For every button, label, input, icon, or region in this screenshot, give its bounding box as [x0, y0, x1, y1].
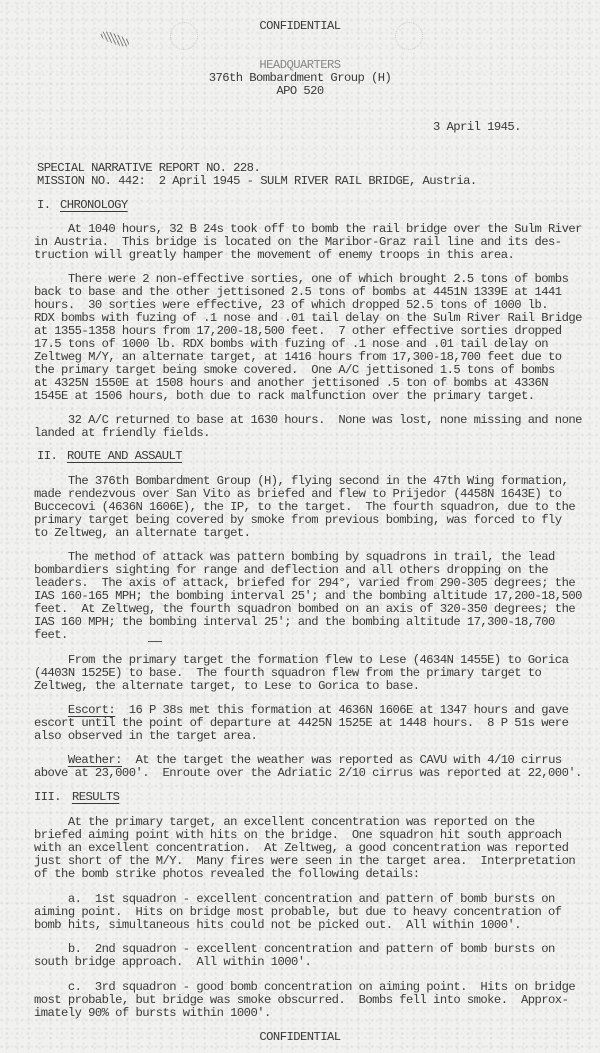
- paragraph-line: at 1355-1358 hours from 17,200-18,500 fe…: [34, 324, 562, 338]
- classification-top: CONFIDENTIAL: [0, 19, 600, 33]
- paragraph-line: aiming point. Hits on bridge most probab…: [34, 905, 562, 919]
- paragraph-line: Buccecovi (4636N 1606E), the IP, to the …: [34, 500, 575, 514]
- document-page: CONFIDENTIAL HEADQUARTERS 376th Bombardm…: [0, 0, 600, 1053]
- paragraph-line: bomb hits, simultaneous hits could not b…: [34, 918, 521, 932]
- paragraph-line: south bridge approach. All within 1000'.: [34, 955, 311, 969]
- paragraph-line: just short of the M/Y. Many fires were s…: [34, 854, 575, 868]
- paragraph-line: most probable, but bridge was smoke obsc…: [34, 993, 568, 1007]
- paragraph-line: back to base and the other jettisoned 2.…: [34, 285, 562, 299]
- paragraph-line: at 4325N 1550E at 1508 hours and another…: [34, 376, 548, 390]
- paragraph-line: 32 A/C returned to base at 1630 hours. N…: [34, 413, 582, 427]
- paragraph-line: feet. At Zeltweg, the fourth squadron bo…: [34, 602, 575, 616]
- paragraph-line: IAS 160 MPH; the bombing interval 25'; a…: [34, 615, 555, 629]
- escort-label: Escort:: [68, 703, 115, 717]
- paragraph-line: of the bomb strike photos revealed the f…: [34, 867, 420, 881]
- paragraph-line: Zeltweg, the alternate target, to Lese t…: [34, 679, 420, 693]
- paragraph-line: Zeltweg M/Y, an alternate target, at 141…: [34, 350, 562, 364]
- section-number: II.: [37, 449, 57, 463]
- escort-text: 16 P 38s met this formation at 4636N 160…: [115, 703, 568, 717]
- paragraph-line: imately 90% of bursts within 1000'.: [34, 1006, 271, 1020]
- paragraph-line: At 1040 hours, 32 B 24s took off to bomb…: [34, 222, 582, 236]
- paragraph-line: feet.: [34, 628, 68, 642]
- paragraph-line: bombardiers sighting for range and defle…: [34, 563, 548, 577]
- weather-text: At the target the weather was reported a…: [122, 753, 562, 767]
- weather-label: Weather:: [68, 753, 122, 767]
- paragraph-line: to Zeltweg, an alternate target.: [34, 526, 250, 540]
- paragraph-line: From the primary target the formation fl…: [34, 653, 568, 667]
- section-heading-chronology: CHRONOLOGY: [60, 198, 128, 212]
- org-apo: APO 520: [0, 84, 600, 98]
- weather-line: Weather: At the target the weather was r…: [34, 753, 562, 767]
- paragraph-line: RDX bombs with fuzing of .1 nose and .01…: [34, 311, 582, 325]
- paragraph-line: c. 3rd squadron - good bomb concentratio…: [34, 980, 575, 994]
- section-number: III.: [34, 790, 61, 804]
- section-number: I.: [37, 198, 51, 212]
- section-heading-route: ROUTE AND ASSAULT: [67, 449, 182, 463]
- org-headquarters: HEADQUARTERS: [0, 58, 600, 72]
- report-title: SPECIAL NARRATIVE REPORT NO. 228.: [37, 161, 260, 175]
- paragraph-line: escort until the point of departure at 4…: [34, 716, 568, 730]
- org-group: 376th Bombardment Group (H): [0, 71, 600, 85]
- paragraph-line: The 376th Bombardment Group (H), flying …: [34, 474, 568, 488]
- paragraph-line: made rendezvous over San Vito as briefed…: [34, 487, 562, 501]
- paragraph-line: 17.5 tons of 1000 lb. RDX bombs with fuz…: [34, 337, 548, 351]
- paragraph-line: hours. 30 sorties were effective, 23 of …: [34, 298, 548, 312]
- paragraph-line: b. 2nd squadron - excellent concentratio…: [34, 942, 555, 956]
- paragraph-line: IAS 160-165 MPH; the bombing interval 25…: [34, 589, 582, 603]
- paragraph-line: briefed aiming point with hits on the br…: [34, 828, 562, 842]
- paragraph-line: with an excellent concentration. At Zelt…: [34, 841, 568, 855]
- paragraph-line: 1545E at 1506 hours, both due to rack ma…: [34, 389, 535, 403]
- paragraph-line: in Austria. This bridge is located on th…: [34, 235, 562, 249]
- paragraph-line: the primary target being smoke covered. …: [34, 363, 555, 377]
- mission-title: MISSION NO. 442: 2 April 1945 - SULM RIV…: [37, 174, 477, 188]
- paragraph-line: above at 23,000'. Enroute over the Adria…: [34, 766, 582, 780]
- paragraph-line: truction will greatly hamper the movemen…: [34, 248, 514, 262]
- paragraph-line: There were 2 non-effective sorties, one …: [34, 272, 568, 286]
- paragraph-line: a. 1st squadron - excellent concentratio…: [34, 892, 555, 906]
- report-date: 3 April 1945.: [433, 120, 521, 134]
- section-heading-results: RESULTS: [72, 790, 119, 804]
- escort-line: Escort: 16 P 38s met this formation at 4…: [34, 703, 568, 717]
- paragraph-line: also observed in the target area.: [34, 729, 257, 743]
- paragraph-line: (4403N 1525E) to base. The fourth squadr…: [34, 666, 541, 680]
- paragraph-line: The method of attack was pattern bombing…: [34, 550, 555, 564]
- separator-dash: [148, 641, 162, 642]
- paragraph-line: primary target being covered by smoke fr…: [34, 513, 562, 527]
- paragraph-line: landed at friendly fields.: [34, 426, 210, 440]
- classification-bottom: CONFIDENTIAL: [0, 1030, 600, 1044]
- paragraph-line: At the primary target, an excellent conc…: [34, 815, 535, 829]
- paragraph-line: leaders. The axis of attack, briefed for…: [34, 576, 575, 590]
